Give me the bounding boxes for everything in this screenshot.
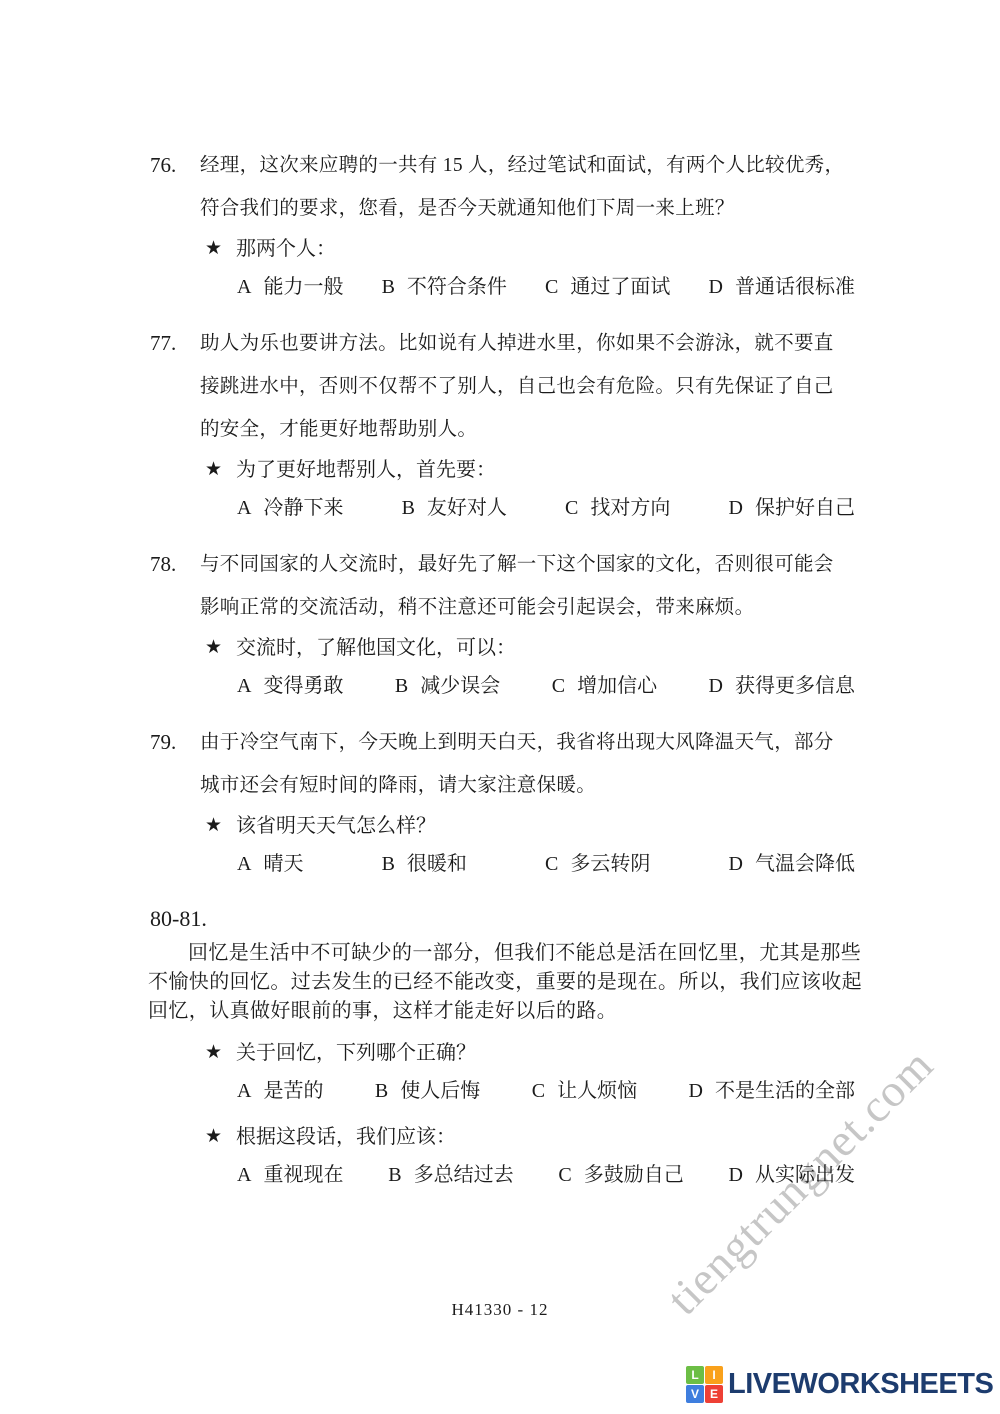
option-d[interactable]: D从实际出发 [729, 1156, 855, 1194]
option-text: 多云转阴 [570, 845, 650, 883]
option-text: 是苦的 [263, 1072, 323, 1110]
option-text: 重视现在 [263, 1156, 343, 1194]
option-text: 多总结过去 [414, 1156, 514, 1194]
option-text: 普通话很标准 [735, 268, 855, 306]
question-81: ★ 根据这段话，我们应该： A重视现在 B多总结过去 C多鼓励自己 D从实际出发 [150, 1118, 870, 1194]
option-text: 变得勇敢 [263, 667, 343, 705]
option-a[interactable]: A重视现在 [237, 1156, 343, 1194]
logo-square-v: V [686, 1385, 704, 1403]
options-row: A冷静下来 B友好对人 C找对方向 D保护好自己 [237, 489, 855, 527]
question-text-line: 与不同国家的人交流时，最好先了解一下这个国家的文化，否则很可能会 [200, 543, 870, 586]
question-number: 77. [150, 322, 176, 365]
option-c[interactable]: C让人烦恼 [532, 1072, 637, 1110]
liveworksheets-logo[interactable]: L I V E LIVEWORKSHEETS [686, 1366, 993, 1403]
option-letter: C [545, 268, 558, 306]
option-d[interactable]: D不是生活的全部 [689, 1072, 855, 1110]
option-text: 晴天 [263, 845, 303, 883]
question-prompt: ★ 根据这段话，我们应该： [205, 1118, 870, 1156]
option-letter: A [237, 845, 251, 883]
prompt-text: 该省明天天气怎么样？ [236, 807, 436, 845]
option-text: 能力一般 [263, 268, 343, 306]
option-c[interactable]: C增加信心 [552, 667, 657, 705]
worksheet-body: 76. 经理，这次来应聘的一共有 15 人，经过笔试和面试，有两个人比较优秀， … [150, 144, 870, 1194]
option-letter: A [237, 268, 251, 306]
option-text: 保护好自己 [755, 489, 855, 527]
options-row: A是苦的 B使人后悔 C让人烦恼 D不是生活的全部 [237, 1072, 855, 1110]
question-prompt: ★ 关于回忆，下列哪个正确？ [205, 1034, 870, 1072]
star-icon: ★ [205, 807, 222, 845]
option-c[interactable]: C找对方向 [565, 489, 670, 527]
star-icon: ★ [205, 1034, 222, 1072]
option-b[interactable]: B不符合条件 [382, 268, 507, 306]
option-b[interactable]: B减少误会 [395, 667, 500, 705]
option-text: 减少误会 [420, 667, 500, 705]
option-letter: A [237, 489, 251, 527]
question-text-line: 接跳进水中，否则不仅帮不了别人，自己也会有危险。只有先保证了自己 [200, 365, 870, 408]
question-text-line: 符合我们的要求，您看，是否今天就通知他们下周一来上班？ [200, 187, 870, 230]
option-d[interactable]: D获得更多信息 [709, 667, 855, 705]
option-a[interactable]: A冷静下来 [237, 489, 343, 527]
option-b[interactable]: B友好对人 [402, 489, 507, 527]
option-letter: C [552, 667, 565, 705]
option-text: 很暖和 [407, 845, 467, 883]
option-c[interactable]: C多云转阴 [545, 845, 650, 883]
page-code: H41330 - 12 [0, 1300, 1000, 1320]
option-letter: D [709, 268, 723, 306]
question-78: 78. 与不同国家的人交流时，最好先了解一下这个国家的文化，否则很可能会 影响正… [150, 543, 870, 705]
option-letter: C [532, 1072, 545, 1110]
option-letter: B [382, 268, 395, 306]
option-letter: B [382, 845, 395, 883]
option-c[interactable]: C通过了面试 [545, 268, 670, 306]
liveworksheets-grid-icon: L I V E [686, 1366, 723, 1403]
option-letter: D [729, 1156, 743, 1194]
option-letter: D [729, 489, 743, 527]
passage-text-line: 回忆，认真做好眼前的事，这样才能走好以后的路。 [148, 997, 870, 1026]
passage-text-line: 不愉快的回忆。过去发生的已经不能改变，重要的是现在。所以，我们应该收起 [148, 968, 870, 997]
question-text-line: 经理，这次来应聘的一共有 15 人，经过笔试和面试，有两个人比较优秀， [200, 144, 870, 187]
option-letter: C [558, 1156, 571, 1194]
star-icon: ★ [205, 629, 222, 667]
prompt-text: 根据这段话，我们应该： [236, 1118, 456, 1156]
option-letter: A [237, 1156, 251, 1194]
passage-number: 80-81. [150, 899, 870, 939]
question-77: 77. 助人为乐也要讲方法。比如说有人掉进水里，你如果不会游泳，就不要直 接跳进… [150, 322, 870, 527]
question-text-line: 影响正常的交流活动，稍不注意还可能会引起误会，带来麻烦。 [200, 586, 870, 629]
option-text: 不符合条件 [407, 268, 507, 306]
prompt-text: 交流时，了解他国文化，可以： [236, 629, 516, 667]
option-d[interactable]: D保护好自己 [729, 489, 855, 527]
options-row: A晴天 B很暖和 C多云转阴 D气温会降低 [237, 845, 855, 883]
question-text-line: 由于冷空气南下，今天晚上到明天白天，我省将出现大风降温天气，部分 [200, 721, 870, 764]
options-row: A变得勇敢 B减少误会 C增加信心 D获得更多信息 [237, 667, 855, 705]
option-letter: B [375, 1072, 388, 1110]
option-letter: C [565, 489, 578, 527]
option-letter: C [545, 845, 558, 883]
option-c[interactable]: C多鼓励自己 [558, 1156, 683, 1194]
star-icon: ★ [205, 451, 222, 489]
option-text: 友好对人 [427, 489, 507, 527]
question-prompt: ★ 交流时，了解他国文化，可以： [205, 629, 870, 667]
logo-square-e: E [705, 1385, 723, 1403]
prompt-text: 关于回忆，下列哪个正确？ [236, 1034, 476, 1072]
option-text: 冷静下来 [263, 489, 343, 527]
option-letter: D [689, 1072, 703, 1110]
option-letter: A [237, 667, 251, 705]
question-number: 78. [150, 543, 176, 586]
option-d[interactable]: D普通话很标准 [709, 268, 855, 306]
option-text: 增加信心 [577, 667, 657, 705]
option-text: 使人后悔 [400, 1072, 480, 1110]
option-text: 从实际出发 [755, 1156, 855, 1194]
question-prompt: ★ 该省明天天气怎么样？ [205, 807, 870, 845]
option-text: 找对方向 [590, 489, 670, 527]
option-text: 让人烦恼 [557, 1072, 637, 1110]
option-letter: B [402, 489, 415, 527]
question-number: 79. [150, 721, 176, 764]
logo-wordmark: LIVEWORKSHEETS [728, 1368, 993, 1401]
option-letter: A [237, 1072, 251, 1110]
option-a[interactable]: A晴天 [237, 845, 303, 883]
prompt-text: 那两个人： [236, 230, 336, 268]
option-letter: D [709, 667, 723, 705]
option-letter: D [729, 845, 743, 883]
prompt-text: 为了更好地帮别人，首先要： [236, 451, 496, 489]
question-prompt: ★ 那两个人： [205, 230, 870, 268]
options-row: A重视现在 B多总结过去 C多鼓励自己 D从实际出发 [237, 1156, 855, 1194]
star-icon: ★ [205, 1118, 222, 1156]
logo-square-l: L [686, 1366, 704, 1384]
option-text: 不是生活的全部 [715, 1072, 855, 1110]
question-prompt: ★ 为了更好地帮别人，首先要： [205, 451, 870, 489]
option-text: 多鼓励自己 [584, 1156, 684, 1194]
passage-80-81: 80-81. 回忆是生活中不可缺少的一部分，但我们不能总是活在回忆里，尤其是那些… [150, 899, 870, 1194]
question-text-line: 的安全，才能更好地帮助别人。 [200, 408, 870, 451]
question-80: ★ 关于回忆，下列哪个正确？ A是苦的 B使人后悔 C让人烦恼 D不是生活的全部 [150, 1034, 870, 1110]
option-text: 获得更多信息 [735, 667, 855, 705]
option-b[interactable]: B多总结过去 [388, 1156, 513, 1194]
option-d[interactable]: D气温会降低 [729, 845, 855, 883]
star-icon: ★ [205, 230, 222, 268]
question-number: 76. [150, 144, 176, 187]
option-a[interactable]: A变得勇敢 [237, 667, 343, 705]
option-letter: B [388, 1156, 401, 1194]
option-a[interactable]: A能力一般 [237, 268, 343, 306]
option-text: 气温会降低 [755, 845, 855, 883]
option-a[interactable]: A是苦的 [237, 1072, 323, 1110]
question-76: 76. 经理，这次来应聘的一共有 15 人，经过笔试和面试，有两个人比较优秀， … [150, 144, 870, 306]
passage-text-line: 回忆是生活中不可缺少的一部分，但我们不能总是活在回忆里，尤其是那些 [148, 939, 870, 968]
option-b[interactable]: B很暖和 [382, 845, 467, 883]
question-79: 79. 由于冷空气南下，今天晚上到明天白天，我省将出现大风降温天气，部分 城市还… [150, 721, 870, 883]
option-text: 通过了面试 [570, 268, 670, 306]
question-text-line: 助人为乐也要讲方法。比如说有人掉进水里，你如果不会游泳，就不要直 [200, 322, 870, 365]
option-letter: B [395, 667, 408, 705]
logo-square-i: I [705, 1366, 723, 1384]
options-row: A能力一般 B不符合条件 C通过了面试 D普通话很标准 [237, 268, 855, 306]
option-b[interactable]: B使人后悔 [375, 1072, 480, 1110]
question-text-line: 城市还会有短时间的降雨，请大家注意保暖。 [200, 764, 870, 807]
